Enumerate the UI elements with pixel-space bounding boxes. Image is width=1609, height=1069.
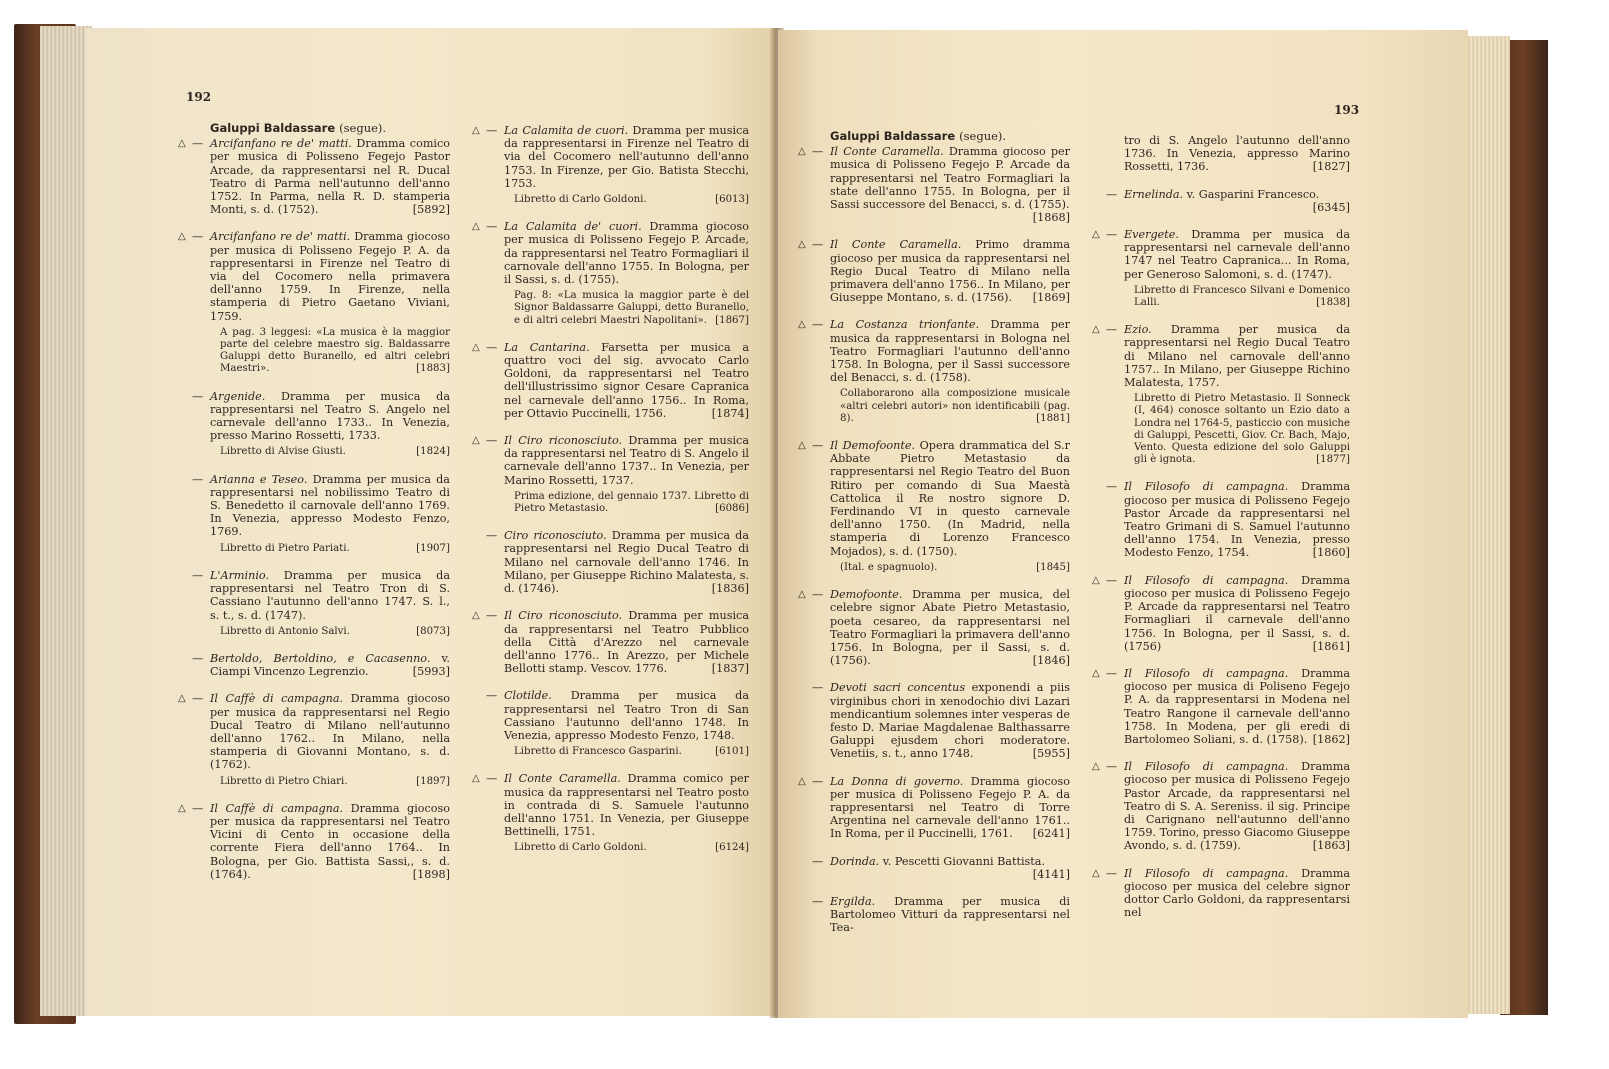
entry-dash: — <box>1106 323 1117 336</box>
triangle-mark-icon: △ <box>1092 228 1100 241</box>
catalog-number: [1868] <box>1033 211 1070 224</box>
entry-dash: — <box>192 692 203 705</box>
entry-note: Libretto di Antonio Salvi.[8073] <box>210 626 450 638</box>
catalog-entry: △—Il Caffè di campagna. Dramma giocoso p… <box>210 802 450 881</box>
entry-title: La Costanza trionfante. <box>830 318 979 331</box>
catalog-entry: tro di S. Angelo l'autunno dell'anno 173… <box>1124 134 1350 174</box>
catalog-entry: △—Il Ciro riconosciuto. Dramma per music… <box>504 609 749 675</box>
entry-title: La Calamita de' cuori. <box>504 220 642 233</box>
triangle-mark-icon: △ <box>1092 667 1100 680</box>
right-page: 193 Galuppi Baldassare (segue). △—Il Con… <box>778 30 1468 1018</box>
catalog-number: [1862] <box>1313 733 1350 746</box>
triangle-mark-icon: △ <box>472 434 480 447</box>
author-heading: Galuppi Baldassare (segue). <box>830 130 1070 143</box>
catalog-entry: △—Il Caffè di campagna. Dramma giocoso p… <box>210 692 450 787</box>
catalog-entry: △—Il Filosofo di campagna. Dramma giocos… <box>1124 667 1350 746</box>
triangle-mark-icon: △ <box>1092 760 1100 773</box>
triangle-mark-icon: △ <box>472 124 480 137</box>
entry-title: Demofoonte. <box>830 588 902 601</box>
entry-note: Libretto di Carlo Goldoni.[6013] <box>504 194 749 206</box>
catalog-number: [1824] <box>416 446 450 458</box>
catalog-entry: △—Il Conte Caramella. Primo dramma gioco… <box>830 238 1070 304</box>
entry-dash: — <box>812 588 823 601</box>
catalog-entry: △—La Costanza trionfante. Dramma per mus… <box>830 318 1070 425</box>
entry-description: v. Gasparini Francesco. <box>1187 188 1320 201</box>
entry-note-text: Prima edizione, del gennaio 1737. Libret… <box>514 491 749 514</box>
entry-dash: — <box>1106 188 1117 201</box>
entry-title: Arcifanfano re de' matti. <box>210 230 350 243</box>
catalog-number: [1837] <box>712 662 749 675</box>
triangle-mark-icon: △ <box>472 341 480 354</box>
entry-title: Il Caffè di campagna. <box>210 802 343 815</box>
entry-title: Ezio. <box>1124 323 1152 336</box>
catalog-number: [1874] <box>712 407 749 420</box>
catalog-number: [6345] <box>1313 201 1350 214</box>
entry-dash: — <box>812 318 823 331</box>
entry-description: Dramma giocoso per musica di Polisseno F… <box>1124 760 1350 852</box>
entry-note: Libretto di Pietro Pariati.[1907] <box>210 543 450 555</box>
catalog-entry: —Il Filosofo di campagna. Dramma giocoso… <box>1124 480 1350 559</box>
catalog-entry: —Ergilda. Dramma per musica di Bartolome… <box>830 895 1070 935</box>
triangle-mark-icon: △ <box>1092 574 1100 587</box>
entry-title: Dorinda. <box>830 855 879 868</box>
entry-dash: — <box>812 775 823 788</box>
catalog-number: [5993] <box>413 665 450 678</box>
catalog-number: [4141] <box>1033 868 1070 881</box>
entry-title: Bertoldo, Bertoldino, e Cacasenno. <box>210 652 430 665</box>
entry-title: Ergilda. <box>830 895 875 908</box>
right-page-column-2: tro di S. Angelo l'autunno dell'anno 173… <box>1124 134 1350 933</box>
entry-dash: — <box>812 681 823 694</box>
entry-title: Il Filosofo di campagna. <box>1124 574 1288 587</box>
triangle-mark-icon: △ <box>178 137 186 150</box>
entry-description: Opera drammatica del S.r Abbate Pietro M… <box>830 439 1070 558</box>
catalog-number: [1867] <box>715 315 749 327</box>
triangle-mark-icon: △ <box>798 318 806 331</box>
entry-note-text: Libretto di Carlo Goldoni. <box>514 194 647 205</box>
left-page-column-1: Galuppi Baldassare (segue). △—Arcifanfan… <box>210 122 450 895</box>
entry-dash: — <box>1106 867 1117 880</box>
entry-dash: — <box>192 802 203 815</box>
author-heading: Galuppi Baldassare (segue). <box>210 122 450 135</box>
entry-note: Libretto di Francesco Gasparini.[6101] <box>504 746 749 758</box>
entry-title: Il Filosofo di campagna. <box>1124 867 1288 880</box>
entry-note-text: Pag. 8: «La musica la maggior parte è de… <box>514 290 749 325</box>
catalog-entry: —Dorinda. v. Pescetti Giovanni Battista.… <box>830 855 1070 881</box>
entry-note-text: (Ital. e spagnuolo). <box>840 562 937 573</box>
catalog-number: [6086] <box>715 503 749 515</box>
entry-dash: — <box>486 220 497 233</box>
catalog-entry: △—Il Filosofo di campagna. Dramma giocos… <box>1124 867 1350 920</box>
catalog-number: [1836] <box>712 582 749 595</box>
entry-title: La Donna di governo. <box>830 775 963 788</box>
entry-dash: — <box>486 434 497 447</box>
catalog-entry: △—Arcifanfano re de' matti. Dramma gioco… <box>210 230 450 375</box>
triangle-mark-icon: △ <box>798 145 806 158</box>
triangle-mark-icon: △ <box>178 802 186 815</box>
triangle-mark-icon: △ <box>1092 323 1100 336</box>
triangle-mark-icon: △ <box>1092 867 1100 880</box>
entry-dash: — <box>192 652 203 665</box>
entry-dash: — <box>812 439 823 452</box>
catalog-entry: △—Ezio. Dramma per musica da rappresenta… <box>1124 323 1350 466</box>
entry-title: Ernelinda. <box>1124 188 1183 201</box>
catalog-entry: △—Il Conte Caramella. Dramma comico per … <box>504 772 749 854</box>
entry-note: Libretto di Carlo Goldoni.[6124] <box>504 842 749 854</box>
entry-description: v. Pescetti Giovanni Battista. <box>883 855 1045 868</box>
triangle-mark-icon: △ <box>798 775 806 788</box>
entry-note: Pag. 8: «La musica la maggior parte è de… <box>504 290 749 327</box>
left-page-column-2: △—La Calamita de cuori. Dramma per music… <box>504 124 749 869</box>
catalog-entry: △—La Calamita de' cuori. Dramma giocoso … <box>504 220 749 327</box>
entry-note: Libretto di Alvise Giusti.[1824] <box>210 446 450 458</box>
entry-dash: — <box>192 390 203 403</box>
entry-note-text: Libretto di Alvise Giusti. <box>220 446 346 457</box>
catalog-entry: —Ciro riconosciuto. Dramma per musica da… <box>504 529 749 595</box>
catalog-number: [8073] <box>416 626 450 638</box>
catalog-entry: △—Il Demofoonte. Opera drammatica del S.… <box>830 439 1070 574</box>
catalog-number: [6241] <box>1033 827 1070 840</box>
entry-dash: — <box>486 529 497 542</box>
catalog-number: [6013] <box>715 194 749 206</box>
entry-dash: — <box>192 569 203 582</box>
entry-title: Clotilde. <box>504 689 552 702</box>
catalog-number: [1907] <box>416 543 450 555</box>
entry-note-text: Libretto di Carlo Goldoni. <box>514 842 647 853</box>
catalog-entry: —Clotilde. Dramma per musica da rapprese… <box>504 689 749 758</box>
entry-dash: — <box>486 341 497 354</box>
entry-title: Evergete. <box>1124 228 1179 241</box>
catalog-entry: △—La Cantarina. Farsetta per musica a qu… <box>504 341 749 420</box>
entry-dash: — <box>812 895 823 908</box>
page-edges-left <box>40 26 92 1016</box>
entry-dash: — <box>192 230 203 243</box>
entry-dash: — <box>1106 760 1117 773</box>
catalog-entry: △—Il Conte Caramella. Dramma giocoso per… <box>830 145 1070 224</box>
triangle-mark-icon: △ <box>472 772 480 785</box>
entry-title: Argenide. <box>210 390 265 403</box>
entry-note-text: Libretto di Pietro Chiari. <box>220 776 348 787</box>
catalog-number: [1845] <box>1036 562 1070 574</box>
entry-dash: — <box>486 609 497 622</box>
entry-note-text: Libretto di Francesco Gasparini. <box>514 746 682 757</box>
catalog-entry: △—Il Filosofo di campagna. Dramma giocos… <box>1124 760 1350 852</box>
entry-title: Il Conte Caramella. <box>504 772 621 785</box>
entry-title: Arianna e Teseo. <box>210 473 307 486</box>
entry-dash: — <box>192 473 203 486</box>
catalog-number: [1898] <box>413 868 450 881</box>
entry-title: Il Filosofo di campagna. <box>1124 480 1288 493</box>
entry-title: La Calamita de cuori. <box>504 124 628 137</box>
entry-dash: — <box>1106 574 1117 587</box>
entry-title: Il Conte Caramella. <box>830 145 944 158</box>
catalog-entry: △—Evergete. Dramma per musica da rappres… <box>1124 228 1350 309</box>
catalog-number: [1846] <box>1033 654 1070 667</box>
catalog-entry: △—Il Ciro riconosciuto. Dramma per music… <box>504 434 749 515</box>
page-number-right: 193 <box>1334 103 1359 117</box>
entry-note-text: Libretto di Antonio Salvi. <box>220 626 350 637</box>
entry-note: Prima edizione, del gennaio 1737. Libret… <box>504 491 749 515</box>
catalog-number: [1860] <box>1313 546 1350 559</box>
entry-title: L'Arminio. <box>210 569 269 582</box>
triangle-mark-icon: △ <box>178 230 186 243</box>
entry-dash: — <box>486 772 497 785</box>
catalog-entry: —L'Arminio. Dramma per musica da rappres… <box>210 569 450 638</box>
catalog-number: [5955] <box>1033 747 1070 760</box>
triangle-mark-icon: △ <box>798 238 806 251</box>
triangle-mark-icon: △ <box>178 692 186 705</box>
catalog-number: [1897] <box>416 776 450 788</box>
entry-dash: — <box>812 855 823 868</box>
entry-note: Libretto di Pietro Metastasio. Il Sonnec… <box>1124 393 1350 466</box>
entry-title: Il Filosofo di campagna. <box>1124 667 1288 680</box>
triangle-mark-icon: △ <box>798 439 806 452</box>
catalog-entry: △—Demofoonte. Dramma per musica, del cel… <box>830 588 1070 667</box>
entry-dash: — <box>1106 480 1117 493</box>
catalog-entry: —Ernelinda. v. Gasparini Francesco.[6345… <box>1124 188 1350 214</box>
entry-note: A pag. 3 leggesi: «La musica è la maggio… <box>210 327 450 376</box>
entry-dash: — <box>486 689 497 702</box>
entry-title: Il Conte Caramella. <box>830 238 961 251</box>
triangle-mark-icon: △ <box>472 220 480 233</box>
entry-dash: — <box>192 137 203 150</box>
left-page: 192 Galuppi Baldassare (segue). △—Arcifa… <box>86 28 776 1016</box>
catalog-entry: △—Il Filosofo di campagna. Dramma giocos… <box>1124 574 1350 653</box>
triangle-mark-icon: △ <box>798 588 806 601</box>
entry-description: Dramma giocoso per musica di Polisseno F… <box>210 230 450 322</box>
catalog-number: [6101] <box>715 746 749 758</box>
catalog-number: [1863] <box>1313 839 1350 852</box>
catalog-entry: —Argenide. Dramma per musica da rapprese… <box>210 390 450 459</box>
entry-description: Dramma per musica da rappresentarsi nel … <box>1124 323 1350 389</box>
right-page-column-1: Galuppi Baldassare (segue). △—Il Conte C… <box>830 130 1070 949</box>
entry-dash: — <box>486 124 497 137</box>
entry-title: Il Demofoonte. <box>830 439 915 452</box>
catalog-number: [1883] <box>416 363 450 375</box>
catalog-number: [1861] <box>1313 640 1350 653</box>
entry-title: Devoti sacri concentus <box>830 681 965 694</box>
catalog-entry: —Arianna e Teseo. Dramma per musica da r… <box>210 473 450 555</box>
catalog-entry: △—La Calamita de cuori. Dramma per music… <box>504 124 749 206</box>
entry-title: Il Ciro riconosciuto. <box>504 434 622 447</box>
catalog-entry: △—Arcifanfano re de' matti. Dramma comic… <box>210 137 450 216</box>
catalog-number: [6124] <box>715 842 749 854</box>
entry-note: Libretto di Francesco Silvani e Domenico… <box>1124 285 1350 309</box>
entry-dash: — <box>812 238 823 251</box>
entry-title: Il Ciro riconosciuto. <box>504 609 622 622</box>
catalog-entry: △—La Donna di governo. Dramma giocoso pe… <box>830 775 1070 841</box>
catalog-number: [5892] <box>413 203 450 216</box>
catalog-entry: —Devoti sacri concentus exponendi a piis… <box>830 681 1070 760</box>
entry-title: Il Filosofo di campagna. <box>1124 760 1288 773</box>
entry-title: Il Caffè di campagna. <box>210 692 343 705</box>
entry-note: (Ital. e spagnuolo).[1845] <box>830 562 1070 574</box>
entry-dash: — <box>1106 228 1117 241</box>
catalog-number: [1881] <box>1036 413 1070 425</box>
entry-title: La Cantarina. <box>504 341 590 354</box>
entry-title: Ciro riconosciuto. <box>504 529 607 542</box>
catalog-entry: —Bertoldo, Bertoldino, e Cacasenno. v. C… <box>210 652 450 678</box>
entry-title: Arcifanfano re de' matti. <box>210 137 352 150</box>
entry-note-text: Libretto di Pietro Pariati. <box>220 543 350 554</box>
entry-dash: — <box>1106 667 1117 680</box>
catalog-number: [1877] <box>1316 454 1350 466</box>
catalog-number: [1869] <box>1033 291 1070 304</box>
triangle-mark-icon: △ <box>472 609 480 622</box>
entry-note: Collaborarono alla composizione musicale… <box>830 388 1070 425</box>
entry-note: Libretto di Pietro Chiari.[1897] <box>210 776 450 788</box>
page-number-left: 192 <box>186 90 211 104</box>
catalog-number: [1838] <box>1316 297 1350 309</box>
entry-dash: — <box>812 145 823 158</box>
catalog-number: [1827] <box>1313 160 1350 173</box>
